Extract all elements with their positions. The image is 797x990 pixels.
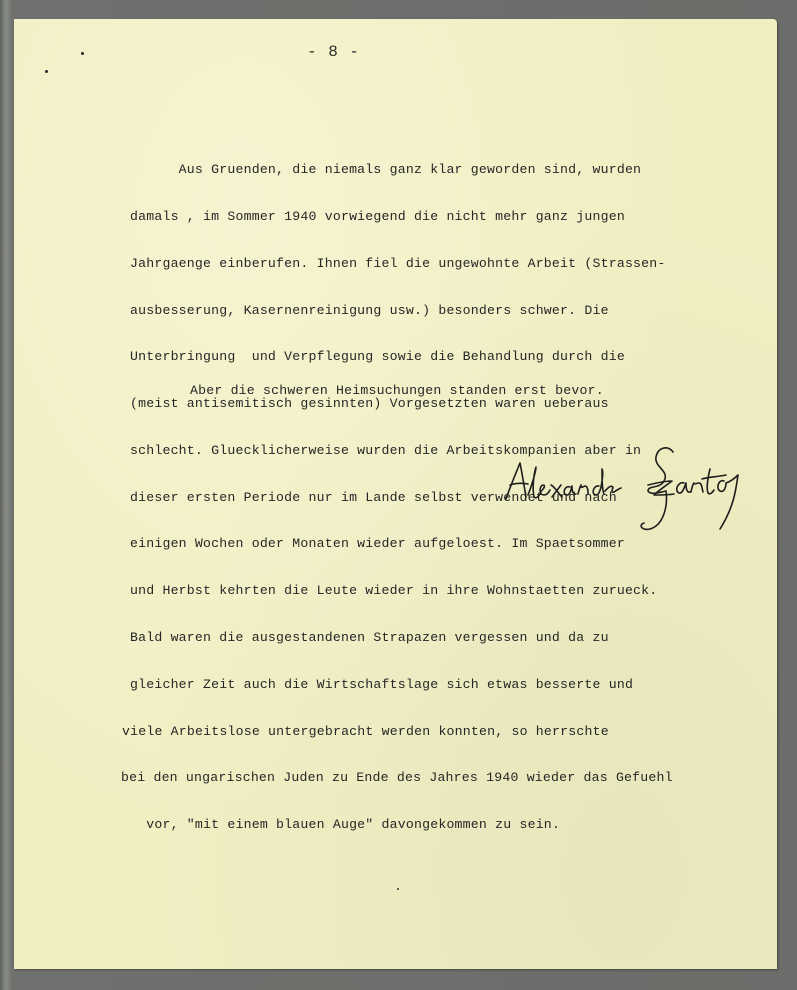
paper-speck: [45, 70, 48, 73]
signature-icon: [498, 437, 778, 547]
text-line: bei den ungarischen Juden zu Ende des Ja…: [121, 770, 780, 786]
paper-speck: [397, 888, 399, 890]
paper-speck: [81, 52, 84, 55]
text-line: gleicher Zeit auch die Wirtschaftslage s…: [130, 677, 780, 693]
document-page: - 8 - Aus Gruenden, die niemals ganz kla…: [14, 19, 777, 969]
text-line: Bald waren die ausgestandenen Strapazen …: [130, 630, 780, 646]
text-line: und Herbst kehrten die Leute wieder in i…: [130, 583, 780, 599]
text-line: Aus Gruenden, die niemals ganz klar gewo…: [130, 162, 780, 178]
text-line: Unterbringung und Verpflegung sowie die …: [130, 349, 780, 365]
text-line: viele Arbeitslose untergebracht werden k…: [122, 724, 780, 740]
paragraph-closing: Aber die schweren Heimsuchungen standen …: [190, 383, 604, 399]
text-line: ausbesserung, Kasernenreinigung usw.) be…: [130, 303, 780, 319]
text-line: damals , im Sommer 1940 vorwiegend die n…: [130, 209, 780, 225]
page-number: - 8 -: [307, 43, 360, 61]
text-line: Jahrgaenge einberufen. Ihnen fiel die un…: [130, 256, 780, 272]
text-line: vor, "mit einem blauen Auge" davongekomm…: [130, 817, 780, 833]
handwritten-signature: Alexander Szanto: [498, 437, 778, 547]
